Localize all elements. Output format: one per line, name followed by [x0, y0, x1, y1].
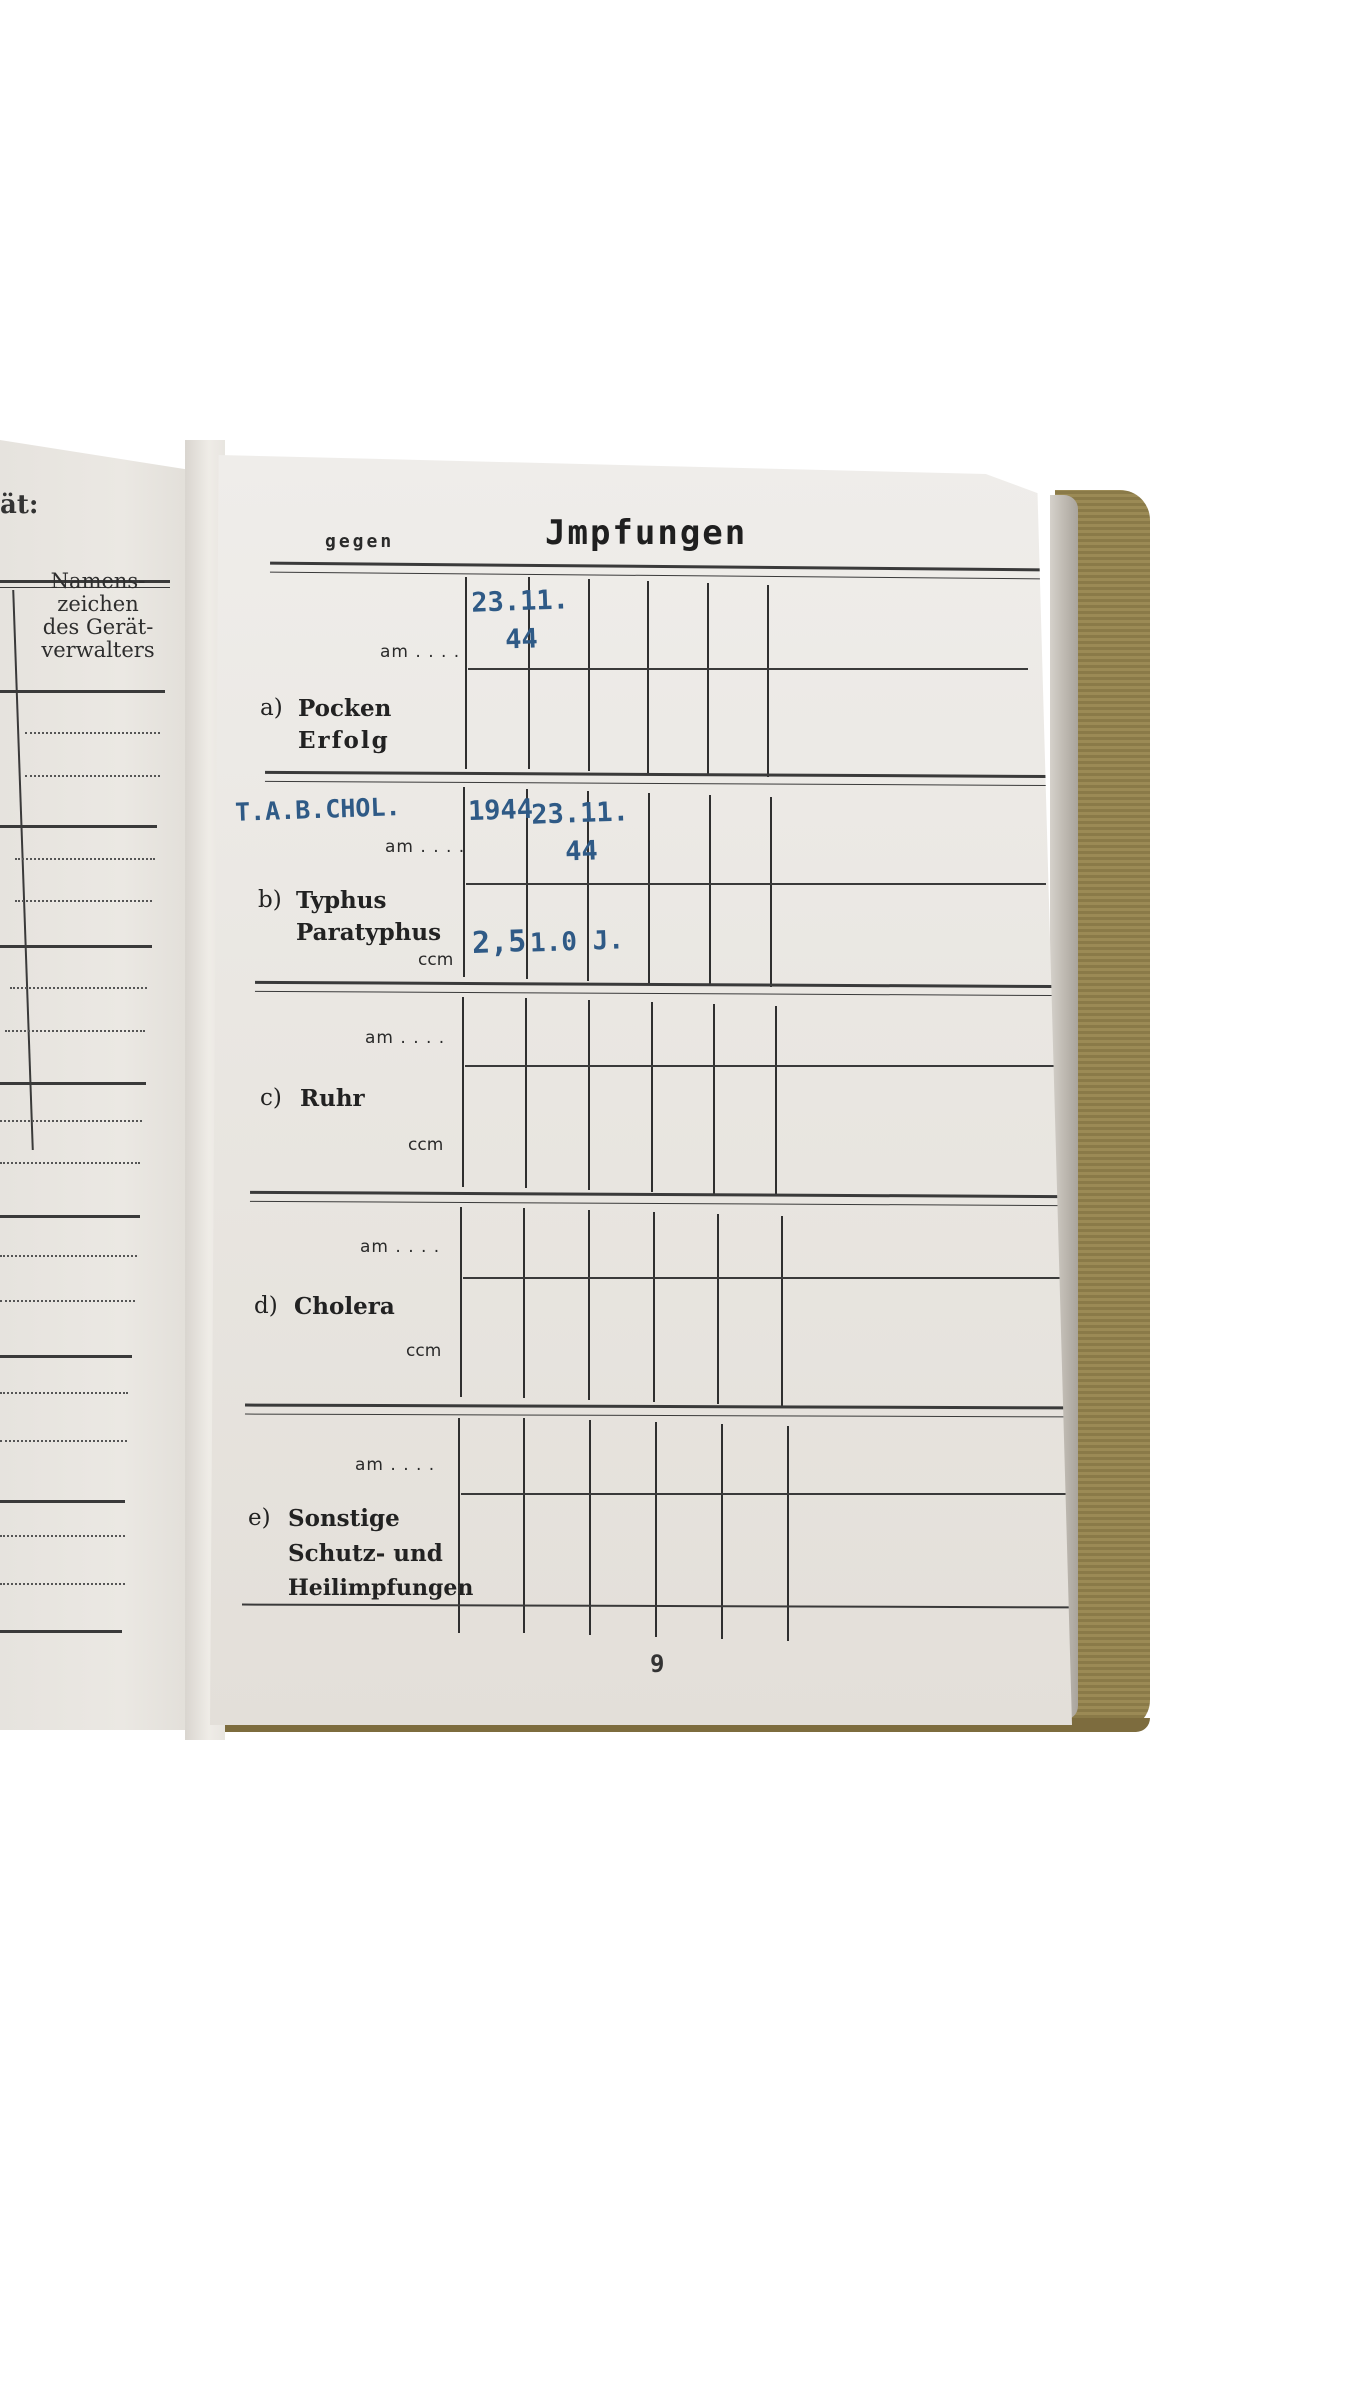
- grid-hline-mid: [466, 883, 1046, 885]
- section-b-letter: b): [258, 887, 282, 913]
- left-dotted-line: [0, 1440, 127, 1442]
- section-e-name-line3: Heilimpfungen: [288, 1575, 473, 1601]
- section-d-unit-label: ccm: [406, 1341, 441, 1361]
- grid-vline: [588, 1210, 590, 1400]
- left-page-title-fragment: ät:: [0, 490, 38, 520]
- grid-vline: [651, 1002, 653, 1192]
- grid-vline: [717, 1214, 719, 1404]
- section-c-name: Ruhr: [300, 1085, 365, 1112]
- left-dotted-line: [25, 732, 160, 734]
- section-b-name-line1: Typhus: [296, 887, 386, 914]
- right-page: Jmpfungen gegen am . . . . a) Pocken Erf…: [210, 455, 1072, 1725]
- page-title: Jmpfungen: [545, 513, 747, 553]
- grid-vline: [709, 795, 711, 985]
- document-photo: ät: Namens- zeichen des Gerät- verwalter…: [0, 0, 1350, 2400]
- grid-vline: [589, 1420, 591, 1635]
- left-row-rule: [0, 825, 157, 828]
- bottom-rule: [242, 1604, 1087, 1609]
- section-divider-double-rule: [255, 981, 1070, 996]
- grid-hline-mid: [468, 668, 1028, 670]
- grid-vline: [781, 1216, 783, 1406]
- grid-vline: [713, 1004, 715, 1194]
- grid-hline-mid: [463, 1277, 1083, 1279]
- section-e-name-line2: Schutz- und: [288, 1540, 443, 1567]
- grid-vline: [787, 1426, 789, 1641]
- page-number: 9: [650, 1650, 664, 1678]
- left-dotted-line: [15, 858, 155, 860]
- grid-hline-mid: [461, 1493, 1091, 1495]
- grid-vline: [648, 793, 650, 983]
- section-a-name-line2: Erfolg: [298, 727, 390, 754]
- namenszeichen-header: Namens- zeichen des Gerät- verwalters: [28, 570, 168, 662]
- left-row-rule: [0, 1082, 146, 1085]
- section-d-date-label: am . . . .: [360, 1237, 440, 1257]
- grid-hline-mid: [465, 1065, 1065, 1067]
- left-row-rule: [0, 945, 152, 948]
- grid-vline: [465, 577, 467, 769]
- left-dotted-line: [0, 1120, 142, 1122]
- left-dotted-line: [25, 775, 160, 777]
- section-e-name-line1: Sonstige: [288, 1505, 400, 1532]
- left-dotted-line: [0, 1535, 125, 1537]
- section-b-name-line2: Paratyphus: [296, 919, 441, 946]
- section-divider-double-rule: [250, 1191, 1075, 1206]
- grid-vline: [775, 1006, 777, 1196]
- grid-vline: [770, 797, 772, 987]
- grid-vline: [588, 579, 590, 771]
- left-dotted-line: [5, 1030, 145, 1032]
- section-b-date-label: am . . . .: [385, 837, 465, 857]
- left-row-rule: [0, 1630, 122, 1633]
- header-double-rule: [270, 562, 1045, 580]
- left-page: ät: Namens- zeichen des Gerät- verwalter…: [0, 440, 205, 1730]
- left-dotted-line: [0, 1255, 137, 1257]
- section-b-handwritten-note: T.A.B.CHOL.: [235, 792, 401, 827]
- left-dotted-line: [0, 1392, 128, 1394]
- grid-vline: [525, 998, 527, 1188]
- left-row-rule: [0, 690, 165, 693]
- grid-vline: [588, 1000, 590, 1190]
- section-a-handwritten-date: 23.11. 44: [471, 581, 571, 660]
- section-c-letter: c): [260, 1085, 282, 1111]
- left-row-rule: [0, 1215, 140, 1218]
- section-c-date-label: am . . . .: [365, 1028, 445, 1048]
- left-row-rule: [0, 1355, 132, 1358]
- section-divider-double-rule: [245, 1404, 1080, 1418]
- grid-vline: [707, 583, 709, 775]
- left-column-header: Namens- zeichen des Gerät- verwalters: [28, 570, 168, 662]
- section-b-handwritten-dose2: 1.0 J.: [530, 925, 625, 958]
- left-dotted-line: [0, 1300, 135, 1302]
- section-e-letter: e): [248, 1505, 271, 1531]
- section-b-handwritten-date: 23.11. 44: [531, 793, 631, 872]
- left-dotted-line: [10, 987, 147, 989]
- grid-vline: [460, 1207, 462, 1397]
- grid-vline: [647, 581, 649, 773]
- section-a-letter: a): [260, 695, 283, 721]
- left-dotted-line: [15, 900, 152, 902]
- grid-vline: [462, 997, 464, 1187]
- section-a-date-label: am . . . .: [380, 642, 460, 662]
- column-label-gegen: gegen: [325, 531, 394, 552]
- section-c-unit-label: ccm: [408, 1135, 443, 1155]
- grid-vline: [463, 787, 465, 977]
- grid-vline: [767, 585, 769, 777]
- left-row-rule: [0, 1500, 125, 1503]
- grid-vline: [523, 1208, 525, 1398]
- section-a-name-line1: Pocken: [298, 695, 391, 722]
- section-b-unit-label: ccm: [418, 950, 453, 970]
- section-divider-double-rule: [265, 771, 1065, 786]
- section-b-handwritten-dose1: 2,5: [471, 924, 526, 961]
- section-d-name: Cholera: [294, 1293, 395, 1320]
- section-d-letter: d): [254, 1293, 278, 1319]
- section-b-handwritten-year: 1944: [467, 794, 533, 827]
- grid-vline: [653, 1212, 655, 1402]
- section-e-date-label: am . . . .: [355, 1455, 435, 1475]
- left-dotted-line: [0, 1162, 140, 1164]
- grid-vline: [523, 1418, 525, 1633]
- left-dotted-line: [0, 1583, 125, 1585]
- left-column-divider: [12, 590, 34, 1150]
